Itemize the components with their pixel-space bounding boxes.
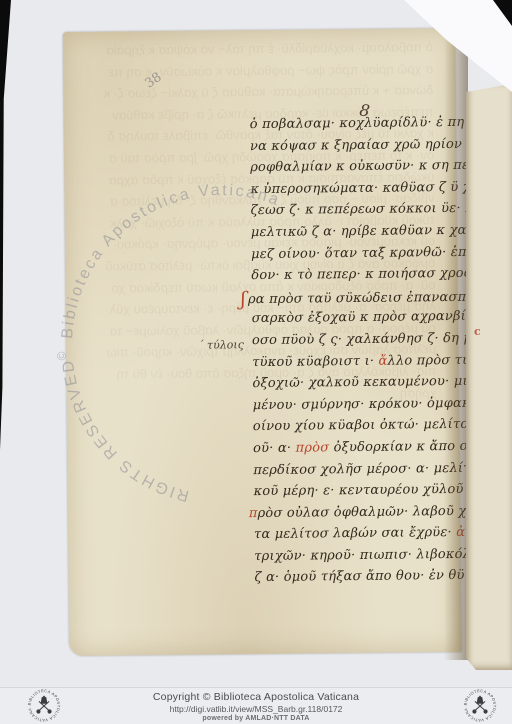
vatican-stamp-left: BIBLIOTECA APOSTOLICA VATICANA ·: [22, 687, 66, 724]
papal-keys-emblem-icon: [37, 696, 51, 713]
scan-edge-left: [0, 0, 11, 450]
ink-text: τϋκοῦ κϋαβοιστ ι·: [252, 353, 378, 369]
footer-powered-by: powered by AMLAD·NTT DATA: [0, 715, 512, 722]
manuscript-page: ὁ ποβαλσαμ· κοχλϋαρίδλϋ· ἐ πη τάλ− να κό…: [63, 28, 462, 656]
footer-url: http://digi.vatlib.it/view/MSS_Barb.gr.1…: [0, 704, 512, 714]
papal-keys-emblem-icon: [473, 696, 487, 713]
margin-note: ˊ τύλοις: [198, 338, 244, 351]
footer-bar: Copyright © Biblioteca Apostolica Vatica…: [0, 688, 512, 724]
ink-text: τα μελίτοσ λαβών σαι ἔχρϋε·: [254, 525, 456, 542]
vatican-stamp-right: BIBLIOTECA APOSTOLICA VATICANA ·: [458, 687, 502, 724]
rubric-red-text: ʃ: [240, 288, 246, 310]
footer-copyright: Copyright © Biblioteca Apostolica Vatica…: [0, 691, 512, 703]
rubric-red-text: π: [249, 506, 258, 521]
gutter-shadow: [444, 28, 468, 660]
ink-text: οῦ· α·: [253, 441, 296, 456]
rubric-red-text: πρὸσ: [295, 440, 329, 455]
next-leaf-red-mark: c: [474, 325, 481, 338]
next-leaf-edge: [466, 84, 512, 670]
scan-viewer-screenshot: ὁ ποβαλσαμ· κοχλϋαρίδλϋ· ἐ πη τάλ− να κό…: [0, 0, 512, 724]
